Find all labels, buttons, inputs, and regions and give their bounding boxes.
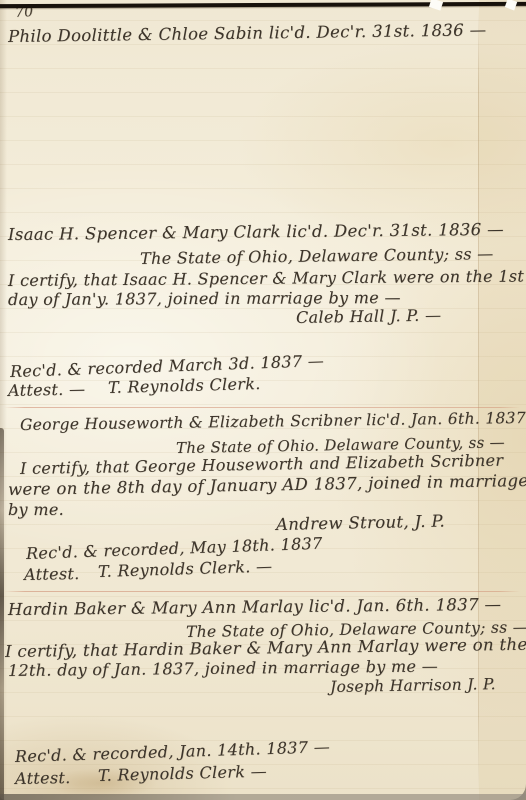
entry1-license-line: Philo Doolittle & Chloe Sabin lic'd. Dec… — [8, 20, 487, 46]
entry2-attest-label: Attest. — — [8, 379, 86, 400]
entry2-jurisdiction-line: The State of Ohio, Delaware County; ss — — [140, 244, 494, 268]
entry2-certify-line1: I certify, that Isaac H. Spencer & Mary … — [8, 266, 524, 290]
entry4-attest-label: Attest. — [15, 768, 71, 788]
entry3-attest-label: Attest. — [24, 564, 80, 584]
entry3-license-line: George Houseworth & Elizabeth Scribner l… — [20, 409, 526, 434]
entry2-clerk-signature: T. Reynolds Clerk. — [108, 374, 261, 397]
entry2-justice-signature: Caleb Hall J. P. — — [296, 305, 442, 327]
entry3-clerk-signature: T. Reynolds Clerk. — — [98, 557, 273, 581]
page-top-edge-bar — [0, 2, 526, 8]
binding-edge — [0, 428, 4, 800]
entry3-justice-signature: Andrew Strout, J. P. — [276, 511, 445, 534]
entry4-certify-line1: I certify, that Hardin Baker & Mary Ann … — [5, 635, 526, 661]
entry3-certify-line3: by me. — [8, 500, 64, 519]
entry2-license-line: Isaac H. Spencer & Mary Clark lic'd. Dec… — [8, 220, 504, 244]
entry4-recorded-line: Rec'd. & recorded, Jan. 14th. 1837 — — [15, 737, 331, 766]
entry4-clerk-signature: T. Reynolds Clerk — — [98, 762, 267, 785]
page-bottom-edge — [0, 794, 526, 800]
scan-artifact-notch — [429, 0, 443, 11]
entry4-license-line: Hardin Baker & Mary Ann Marlay lic'd. Ja… — [8, 595, 501, 619]
entry4-justice-signature: Joseph Harrison J. P. — [330, 675, 496, 696]
entry2-certify-line2: day of Jan'y. 1837, joined in marriage b… — [8, 288, 401, 309]
entry-separator-rule — [4, 591, 520, 592]
scanned-ledger-page: 70 Philo Doolittle & Chloe Sabin lic'd. … — [0, 0, 526, 800]
entry-separator-rule — [4, 407, 520, 408]
